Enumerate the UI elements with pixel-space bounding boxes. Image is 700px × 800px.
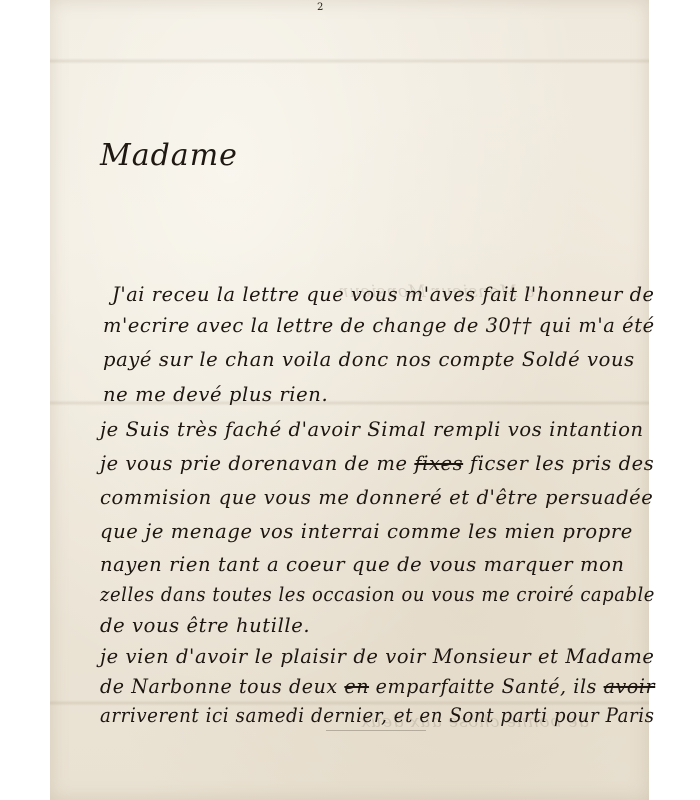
letter-line: zelles dans toutes les occasion ou vous … [100, 583, 655, 606]
line-text: de Narbonne tous deux [100, 675, 344, 698]
letter-line: de vous être hutille. [100, 614, 310, 637]
struck-word: en [344, 675, 369, 698]
struck-word: avoir [604, 675, 656, 698]
letter-line: de Narbonne tous deux en emparfaitte San… [100, 675, 655, 698]
letter-line: m'ecrire avec la lettre de change de 30†… [103, 314, 655, 337]
letter-line: payé sur le chan voila donc nos compte S… [103, 348, 635, 371]
letter-line: J'ai receu la lettre que vous m'aves fai… [112, 283, 655, 306]
fold-line [50, 58, 649, 64]
letter-line: nayen rien tant a coeur que de vous marq… [100, 553, 625, 576]
line-text: ficser les pris des [463, 452, 654, 475]
letter-line: je Suis très faché d'avoir Simal rempli … [100, 418, 644, 441]
faint-rule [326, 730, 426, 731]
letter-line: je vien d'avoir le plaisir de voir Monsi… [100, 645, 654, 668]
salutation: Madame [100, 138, 238, 173]
page-mark: 2 [317, 2, 341, 8]
letter-line: que je menage vos interrai comme les mie… [100, 520, 633, 543]
line-text: emparfaitte Santé, ils [369, 675, 604, 698]
letter-line: commision que vous me donneré et d'être … [100, 486, 653, 509]
struck-word: fixes [414, 452, 463, 475]
letter-line: ne me devé plus rien. [103, 383, 328, 406]
letter-line: arriverent ici samedi dernier, et en Son… [100, 704, 655, 727]
line-text: je vous prie dorenavan de me [100, 452, 414, 475]
letter-line: je vous prie dorenavan de me fixes ficse… [100, 452, 654, 475]
